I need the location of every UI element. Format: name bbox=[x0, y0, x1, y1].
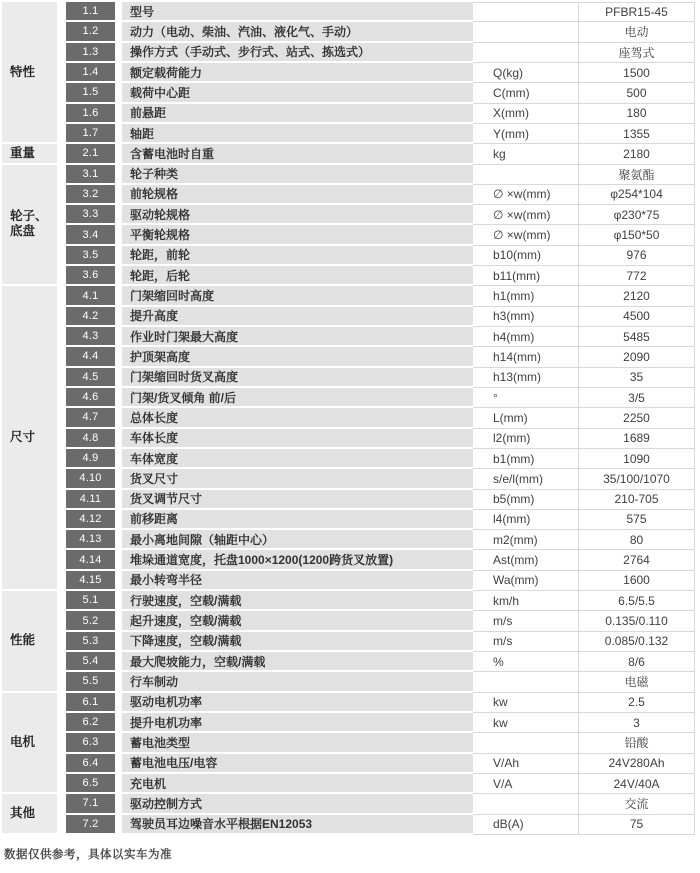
row-value: 24V280Ah bbox=[578, 754, 695, 774]
row-unit: X(mm) bbox=[473, 104, 578, 124]
row-number-badge: 4.2 bbox=[66, 307, 115, 325]
row-unit: Wa(mm) bbox=[473, 571, 578, 591]
row-value: 1090 bbox=[578, 449, 695, 469]
row-number-badge: 3.1 bbox=[66, 165, 115, 183]
row-unit bbox=[473, 43, 578, 63]
row-unit: l4(mm) bbox=[473, 510, 578, 530]
row-value: 1689 bbox=[578, 429, 695, 449]
row-value: 0.085/0.132 bbox=[578, 632, 695, 652]
row-label: 动力（电动、柴油、汽油、液化气、手动） bbox=[122, 22, 473, 40]
section-7: 其他7.1驱动控制方式交流7.2驾驶员耳边噪音水平根据EN12053dB(A)7… bbox=[2, 794, 699, 835]
row-unit: kw bbox=[473, 693, 578, 713]
row-label: 车体长度 bbox=[122, 429, 473, 447]
row-label: 型号 bbox=[122, 2, 473, 20]
row-number-badge: 1.7 bbox=[66, 124, 115, 142]
row-number-badge: 4.13 bbox=[66, 530, 115, 548]
row-value: 铅酸 bbox=[578, 733, 695, 753]
row-number-badge: 7.2 bbox=[66, 815, 115, 833]
row-value: 35 bbox=[578, 368, 695, 388]
row-label: 堆垛通道宽度，托盘1000×1200(1200跨货叉放置) bbox=[122, 550, 473, 568]
row-number-badge: 1.6 bbox=[66, 104, 115, 122]
row-unit: % bbox=[473, 652, 578, 672]
row-number-badge: 6.2 bbox=[66, 713, 115, 731]
category-label: 特性 bbox=[2, 2, 57, 142]
section-2: 重量2.1含蓄电池时自重kg2180 bbox=[2, 144, 699, 164]
row-unit bbox=[473, 22, 578, 42]
row-label: 最小离地间隙（轴距中心） bbox=[122, 530, 473, 548]
row-label: 起升速度，空载/满载 bbox=[122, 611, 473, 629]
row-label: 前移距离 bbox=[122, 510, 473, 528]
row-unit: h14(mm) bbox=[473, 347, 578, 367]
row-label: 驱动控制方式 bbox=[122, 794, 473, 812]
row-unit: Q(kg) bbox=[473, 63, 578, 83]
row-label: 行驶速度，空载/满载 bbox=[122, 591, 473, 609]
row-value: 80 bbox=[578, 530, 695, 550]
row-number-badge: 1.4 bbox=[66, 63, 115, 81]
row-unit: V/A bbox=[473, 774, 578, 794]
row-number-badge: 1.1 bbox=[66, 2, 115, 20]
row-unit: m2(mm) bbox=[473, 530, 578, 550]
row-number-badge: 7.1 bbox=[66, 794, 115, 812]
row-label: 蓄电池类型 bbox=[122, 733, 473, 751]
section-5: 性能5.1行驶速度，空载/满载km/h6.5/5.55.2起升速度，空载/满载m… bbox=[2, 591, 699, 693]
row-number-badge: 1.5 bbox=[66, 83, 115, 101]
row-number-badge: 6.4 bbox=[66, 754, 115, 772]
row-value: 35/100/1070 bbox=[578, 469, 695, 489]
row-label: 前悬距 bbox=[122, 104, 473, 122]
row-label: 门架缩回时高度 bbox=[122, 286, 473, 304]
row-value: 1355 bbox=[578, 124, 695, 144]
row-number-badge: 4.3 bbox=[66, 327, 115, 345]
category-label: 性能 bbox=[2, 591, 57, 691]
row-value: 772 bbox=[578, 266, 695, 286]
row-value: 3 bbox=[578, 713, 695, 733]
row-label: 货叉调节尺寸 bbox=[122, 490, 473, 508]
row-value: 3/5 bbox=[578, 388, 695, 408]
row-number-badge: 4.4 bbox=[66, 347, 115, 365]
row-value: 180 bbox=[578, 104, 695, 124]
row-unit: b5(mm) bbox=[473, 490, 578, 510]
footer-note: 数据仅供参考，具体以实车为准 bbox=[4, 846, 700, 862]
row-label: 充电机 bbox=[122, 774, 473, 792]
row-value: 交流 bbox=[578, 794, 695, 814]
row-unit bbox=[473, 165, 578, 185]
row-unit: V/Ah bbox=[473, 754, 578, 774]
row-label: 最小转弯半径 bbox=[122, 571, 473, 589]
spec-table: 特性1.1型号PFBR15-451.2动力（电动、柴油、汽油、液化气、手动）电动… bbox=[2, 2, 699, 835]
row-number-badge: 4.1 bbox=[66, 286, 115, 304]
row-label: 蓄电池电压/电容 bbox=[122, 754, 473, 772]
row-number-badge: 4.11 bbox=[66, 490, 115, 508]
row-number-badge: 4.14 bbox=[66, 550, 115, 568]
row-unit: Ast(mm) bbox=[473, 550, 578, 570]
row-unit: C(mm) bbox=[473, 83, 578, 103]
row-unit bbox=[473, 672, 578, 692]
row-number-badge: 5.2 bbox=[66, 611, 115, 629]
row-number-badge: 4.6 bbox=[66, 388, 115, 406]
row-number-badge: 2.1 bbox=[66, 144, 115, 162]
row-number-badge: 4.15 bbox=[66, 571, 115, 589]
row-label: 最大爬坡能力，空载/满载 bbox=[122, 652, 473, 670]
category-label: 尺寸 bbox=[2, 286, 57, 589]
row-label: 作业时门架最大高度 bbox=[122, 327, 473, 345]
row-number-badge: 4.10 bbox=[66, 469, 115, 487]
row-unit: ∅ ×w(mm) bbox=[473, 225, 578, 245]
row-label: 门架/货叉倾角 前/后 bbox=[122, 388, 473, 406]
row-unit: ° bbox=[473, 388, 578, 408]
row-number-badge: 5.1 bbox=[66, 591, 115, 609]
row-label: 驱动电机功率 bbox=[122, 693, 473, 711]
row-number-badge: 6.5 bbox=[66, 774, 115, 792]
row-value: 1600 bbox=[578, 571, 695, 591]
row-number-badge: 4.12 bbox=[66, 510, 115, 528]
row-value: 5485 bbox=[578, 327, 695, 347]
row-label: 载荷中心距 bbox=[122, 83, 473, 101]
row-value: φ150*50 bbox=[578, 225, 695, 245]
row-label: 轮距，后轮 bbox=[122, 266, 473, 284]
row-number-badge: 6.1 bbox=[66, 693, 115, 711]
row-unit: s/e/l(mm) bbox=[473, 469, 578, 489]
row-unit: b10(mm) bbox=[473, 246, 578, 266]
row-unit: h3(mm) bbox=[473, 307, 578, 327]
row-value: PFBR15-45 bbox=[578, 2, 695, 22]
row-number-badge: 3.5 bbox=[66, 246, 115, 264]
row-value: 6.5/5.5 bbox=[578, 591, 695, 611]
row-value: 2120 bbox=[578, 286, 695, 306]
row-value: 电动 bbox=[578, 22, 695, 42]
row-label: 护顶架高度 bbox=[122, 347, 473, 365]
row-label: 行车制动 bbox=[122, 672, 473, 690]
row-unit: m/s bbox=[473, 611, 578, 631]
category-label: 重量 bbox=[2, 144, 57, 162]
row-unit bbox=[473, 2, 578, 22]
row-unit: kw bbox=[473, 713, 578, 733]
row-label: 提升高度 bbox=[122, 307, 473, 325]
row-number-badge: 3.6 bbox=[66, 266, 115, 284]
row-value: 1500 bbox=[578, 63, 695, 83]
row-label: 车体宽度 bbox=[122, 449, 473, 467]
row-label: 提升电机功率 bbox=[122, 713, 473, 731]
row-value: 2.5 bbox=[578, 693, 695, 713]
row-number-badge: 3.4 bbox=[66, 225, 115, 243]
row-number-badge: 4.9 bbox=[66, 449, 115, 467]
row-unit bbox=[473, 733, 578, 753]
section-1: 特性1.1型号PFBR15-451.2动力（电动、柴油、汽油、液化气、手动）电动… bbox=[2, 2, 699, 144]
section-4: 尺寸4.1门架缩回时高度h1(mm)21204.2提升高度h3(mm)45004… bbox=[2, 286, 699, 591]
row-label: 驱动轮规格 bbox=[122, 205, 473, 223]
row-value: 2180 bbox=[578, 144, 695, 164]
row-unit: kg bbox=[473, 144, 578, 164]
row-label: 含蓄电池时自重 bbox=[122, 144, 473, 162]
category-label: 其他 bbox=[2, 794, 57, 833]
row-unit: b1(mm) bbox=[473, 449, 578, 469]
row-label: 货叉尺寸 bbox=[122, 469, 473, 487]
row-unit: m/s bbox=[473, 632, 578, 652]
row-value: 2250 bbox=[578, 408, 695, 428]
row-number-badge: 4.8 bbox=[66, 429, 115, 447]
row-label: 轮子种类 bbox=[122, 165, 473, 183]
row-value: 0.135/0.110 bbox=[578, 611, 695, 631]
row-number-badge: 3.3 bbox=[66, 205, 115, 223]
row-label: 驾驶员耳边噪音水平根据EN12053 bbox=[122, 815, 473, 833]
row-label: 轴距 bbox=[122, 124, 473, 142]
section-6: 电机6.1驱动电机功率kw2.56.2提升电机功率kw36.3蓄电池类型铅酸6.… bbox=[2, 693, 699, 795]
row-label: 轮距，前轮 bbox=[122, 246, 473, 264]
row-value: 座驾式 bbox=[578, 43, 695, 63]
row-label: 额定载荷能力 bbox=[122, 63, 473, 81]
row-value: 聚氨酯 bbox=[578, 165, 695, 185]
row-number-badge: 5.4 bbox=[66, 652, 115, 670]
row-value: 2764 bbox=[578, 550, 695, 570]
row-value: φ230*75 bbox=[578, 205, 695, 225]
row-number-badge: 1.2 bbox=[66, 22, 115, 40]
row-label: 总体长度 bbox=[122, 408, 473, 426]
row-unit: l2(mm) bbox=[473, 429, 578, 449]
row-label: 下降速度，空载/满载 bbox=[122, 632, 473, 650]
row-unit: dB(A) bbox=[473, 815, 578, 835]
row-number-badge: 4.7 bbox=[66, 408, 115, 426]
row-value: 500 bbox=[578, 83, 695, 103]
row-label: 平衡轮规格 bbox=[122, 225, 473, 243]
row-unit: b11(mm) bbox=[473, 266, 578, 286]
row-unit: h4(mm) bbox=[473, 327, 578, 347]
row-value: 75 bbox=[578, 815, 695, 835]
row-value: φ254*104 bbox=[578, 185, 695, 205]
row-value: 24V/40A bbox=[578, 774, 695, 794]
row-value: 2090 bbox=[578, 347, 695, 367]
row-number-badge: 5.5 bbox=[66, 672, 115, 690]
row-label: 操作方式（手动式、步行式、站式、拣选式） bbox=[122, 43, 473, 61]
row-number-badge: 3.2 bbox=[66, 185, 115, 203]
row-number-badge: 1.3 bbox=[66, 43, 115, 61]
row-unit: ∅ ×w(mm) bbox=[473, 205, 578, 225]
row-value: 575 bbox=[578, 510, 695, 530]
row-value: 8/6 bbox=[578, 652, 695, 672]
row-number-badge: 4.5 bbox=[66, 368, 115, 386]
row-unit: h13(mm) bbox=[473, 368, 578, 388]
category-label: 电机 bbox=[2, 693, 57, 793]
row-value: 4500 bbox=[578, 307, 695, 327]
section-3: 轮子、底盘3.1轮子种类聚氨酯3.2前轮规格∅ ×w(mm)φ254*1043.… bbox=[2, 165, 699, 287]
row-unit: ∅ ×w(mm) bbox=[473, 185, 578, 205]
row-number-badge: 6.3 bbox=[66, 733, 115, 751]
row-unit: km/h bbox=[473, 591, 578, 611]
row-unit bbox=[473, 794, 578, 814]
row-value: 电磁 bbox=[578, 672, 695, 692]
row-value: 976 bbox=[578, 246, 695, 266]
row-unit: h1(mm) bbox=[473, 286, 578, 306]
row-unit: Y(mm) bbox=[473, 124, 578, 144]
category-label: 轮子、底盘 bbox=[2, 165, 57, 285]
row-number-badge: 5.3 bbox=[66, 632, 115, 650]
row-label: 前轮规格 bbox=[122, 185, 473, 203]
row-label: 门架缩回时货叉高度 bbox=[122, 368, 473, 386]
row-value: 210-705 bbox=[578, 490, 695, 510]
row-unit: L(mm) bbox=[473, 408, 578, 428]
